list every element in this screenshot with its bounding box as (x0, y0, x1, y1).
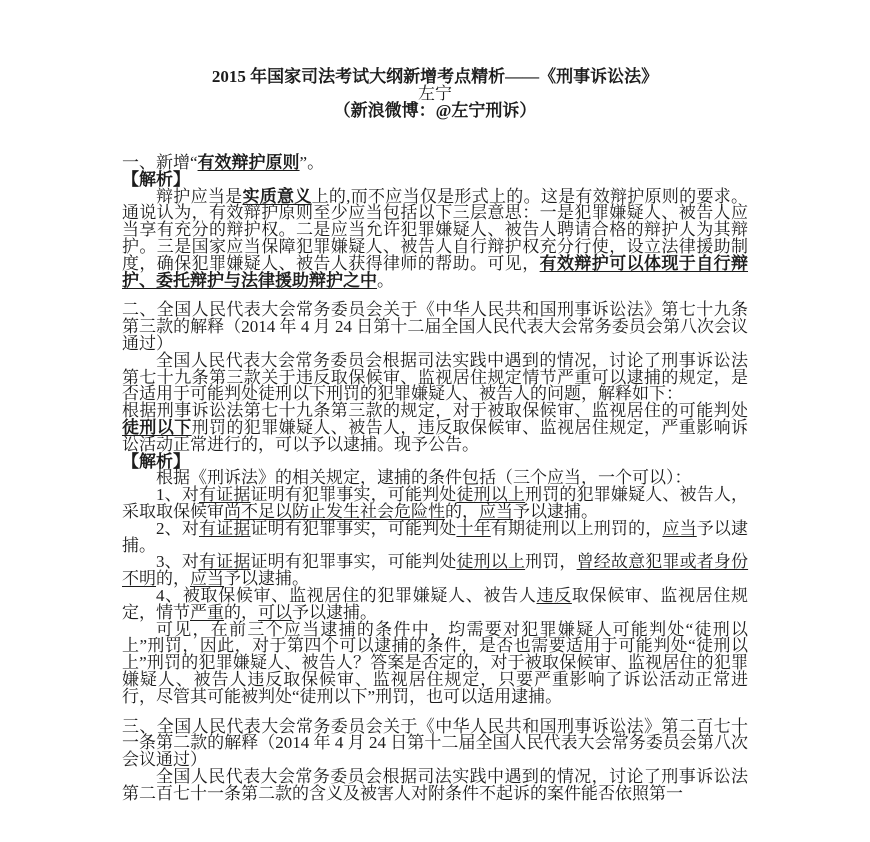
text-run: 有期徒刑以上刑罚的， (491, 519, 663, 538)
emphasis-text: 有效辩护原则 (198, 153, 300, 172)
section-1-heading: 一、新增“有效辩护原则”。 (122, 155, 748, 172)
document-page: 2015 年国家司法考试大纲新增考点精析——《刑事诉讼法》 左宁 （新浪微博：@… (0, 0, 870, 842)
section-2-interpretation-paragraph: 根据刑事诉讼法第七十九条第三款的规定，对于被取保候审、监视居住的可能判处徒刑以下… (122, 403, 748, 453)
arrest-condition-item-4: 4、被取保候审、监视居住的犯罪嫌疑人、被告人违反取保候审、监视居住规定，情节严重… (122, 588, 748, 622)
emphasis-text: 违反 (537, 586, 572, 605)
author-name: 左宁 (122, 85, 748, 102)
emphasis-text: 有证据 (199, 519, 251, 538)
text-run: 可见，在前三个应当逮捕的条件中，均需要对犯罪嫌疑人可能判处“徒刑以上”刑罚，因此… (122, 620, 748, 706)
page-title: 2015 年国家司法考试大纲新增考点精析——《刑事诉讼法》 (122, 68, 748, 85)
emphasis-text: 十年 (456, 519, 490, 538)
text-run: 2、对 (156, 519, 199, 538)
section-2-intro-paragraph: 全国人民代表大会常务委员会根据司法实践中遇到的情况，讨论了刑事诉讼法第七十九条第… (122, 353, 748, 403)
section-3-heading: 三、全国人民代表大会常务委员会关于《中华人民共和国刑事诉讼法》第二百七十一条第二… (122, 719, 748, 769)
document-body: 一、新增“有效辩护原则”。【解析】辩护应当是实质意义上的,而不应当仅是形式上的。… (122, 155, 748, 802)
arrest-condition-item-3: 3、对有证据证明有犯罪事实，可能判处徒刑以上刑罚，曾经故意犯罪或者身份不明的，应… (122, 554, 748, 588)
arrest-condition-item-1: 1、对有证据证明有犯罪事实，可能判处徒刑以上刑罚的犯罪嫌疑人、被告人，采取取保候… (122, 487, 748, 521)
text-run: 刑罚的犯罪嫌疑人、被告人，违反取保候审、监视居住规定，严重影响诉讼活动正常进行的… (122, 418, 748, 454)
text-run: 全国人民代表大会常务委员会根据司法实践中遇到的情况，讨论了刑事诉讼法第二百七十一… (122, 767, 748, 803)
text-run: 证明有犯罪事实，可能判处 (251, 519, 457, 538)
section-1-analysis-paragraph: 辩护应当是实质意义上的,而不应当仅是形式上的。这是有效辩护原则的要求。通说认为，… (122, 189, 748, 290)
arrest-condition-item-2: 2、对有证据证明有犯罪事实，可能判处十年有期徒刑以上刑罚的，应当予以逮捕。 (122, 521, 748, 555)
section-2-conclusion-paragraph: 可见，在前三个应当逮捕的条件中，均需要对犯罪嫌疑人可能判处“徒刑以上”刑罚，因此… (122, 622, 748, 706)
document-title: 2015 年国家司法考试大纲新增考点精析——《刑事诉讼法》 左宁 （新浪微博：@… (122, 68, 748, 119)
text-run: 二、全国人民代表大会常务委员会关于《中华人民共和国刑事诉讼法》第七十九条第三款的… (122, 300, 748, 353)
emphasis-text: 徒刑以上 (456, 552, 525, 571)
text-run: 三、全国人民代表大会常务委员会关于《中华人民共和国刑事诉讼法》第二百七十一条第二… (122, 717, 748, 770)
author-weibo: （新浪微博：@左宁刑诉） (122, 102, 748, 119)
text-run: 全国人民代表大会常务委员会根据司法实践中遇到的情况，讨论了刑事诉讼法第七十九条第… (122, 351, 748, 404)
section-2-heading: 二、全国人民代表大会常务委员会关于《中华人民共和国刑事诉讼法》第七十九条第三款的… (122, 302, 748, 352)
text-run: 。 (377, 271, 394, 290)
section-3-intro-paragraph: 全国人民代表大会常务委员会根据司法实践中遇到的情况，讨论了刑事诉讼法第二百七十一… (122, 769, 748, 803)
emphasis-text: 应当 (662, 519, 696, 538)
text-run: ”。 (300, 153, 325, 172)
text-run: 刑罚， (525, 552, 577, 571)
